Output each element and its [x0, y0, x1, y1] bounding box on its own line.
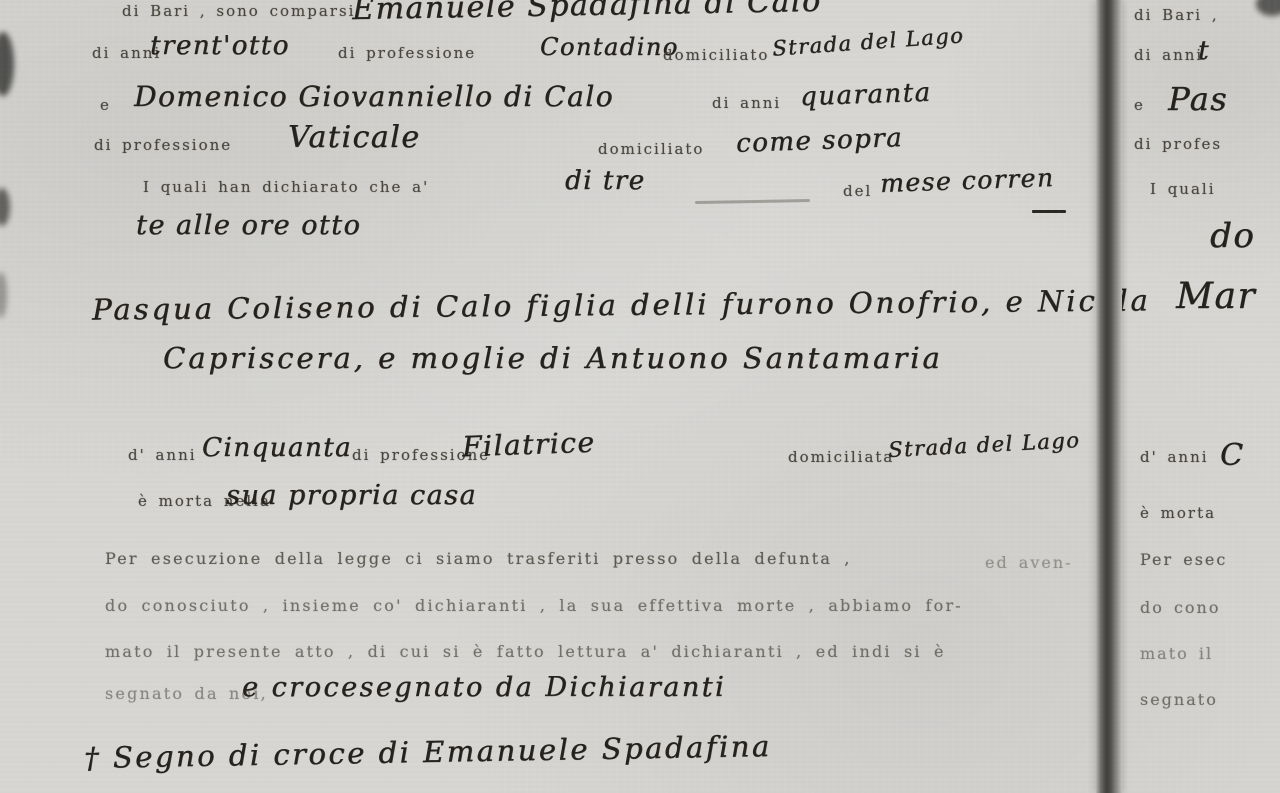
blank-dash-line — [695, 199, 810, 204]
hw-deceased-name-line2: Capriscera, e moglie di Antuono Santamar… — [163, 341, 943, 375]
right-printed-do-cono: do cono — [1140, 598, 1221, 617]
hw-cross-signature-line: † Segno di croce di Emanuele Spadafina — [84, 729, 772, 775]
right-hw-fragment-2: Mar — [1176, 276, 1256, 317]
hw-domicile-declarant2: come sopra — [736, 123, 904, 159]
hw-domicile-declarant1: Strada del Lago — [771, 23, 965, 60]
printed-formula-line1: Per esecuzione della legge ci siamo tras… — [105, 549, 852, 568]
hw-domicile-deceased: Strada del Lago — [888, 428, 1081, 462]
hw-deceased-name-line1: Pasqua Coliseno di Calo figlia delli fur… — [92, 283, 1151, 326]
hw-crocesegnato: e crocesegnato da Dichiaranti — [242, 672, 726, 703]
scanned-death-record-page: { "colors": { "paper": "#d7d6d3", "print… — [0, 0, 1280, 793]
top-right-corner-smudge — [1256, 0, 1280, 16]
hw-profession-declarant1: Contadino — [540, 33, 679, 61]
right-printed-segnato: segnato — [1140, 690, 1218, 709]
hw-profession-declarant2: Vaticale — [288, 120, 420, 155]
printed-dichiarato: I quali han dichiarato che a' — [143, 178, 429, 196]
right-hw-fragment-1: do — [1210, 216, 1255, 256]
right-printed-di-bari: di Bari , — [1134, 6, 1219, 24]
hw-age-declarant1: trent'otto — [150, 31, 290, 61]
hw-declarant2-name: Domenico Giovanniello di Calo — [134, 80, 614, 113]
right-printed-mato-il: mato il — [1140, 644, 1213, 663]
printed-d-anni: d' anni — [128, 446, 197, 464]
hw-hour: te alle ore otto — [136, 210, 361, 241]
right-hw-age-start: t — [1198, 36, 1210, 66]
hw-declarant1-name: Emanuele Spadafina di Calo — [352, 0, 822, 27]
printed-domiciliata: domiciliata — [788, 448, 894, 466]
printed-formula-line3: mato il presente atto , di cui si è fatt… — [105, 642, 946, 661]
hw-age-declarant2: quaranta — [800, 78, 932, 113]
printed-formula-line2: do conosciuto , insieme co' dichiaranti … — [105, 596, 963, 615]
printed-domiciliato-2: domiciliato — [598, 140, 704, 158]
left-edge-ink-smudge-2 — [0, 188, 10, 226]
hw-profession-deceased: Filatrice — [461, 426, 595, 464]
left-edge-ink-smudge-3 — [0, 272, 7, 318]
printed-del: del — [843, 182, 872, 200]
right-hw-name-start: Pas — [1168, 80, 1228, 118]
printed-domiciliato-1: domiciliato — [663, 46, 769, 64]
right-printed-d-anni: d' anni — [1140, 448, 1209, 466]
right-printed-per-esec: Per esec — [1140, 550, 1227, 569]
printed-formula-line1-faint: ed aven- — [985, 553, 1073, 572]
left-edge-ink-smudge-1 — [0, 32, 14, 96]
right-printed-di-profes: di profes — [1134, 135, 1222, 153]
printed-e: e — [100, 96, 111, 114]
hw-age-deceased: Cinquanta — [202, 433, 352, 463]
right-hw-age2-start: C — [1220, 438, 1244, 473]
hyphen-underline-mark — [1032, 210, 1066, 213]
printed-di-professione-1: di professione — [338, 44, 476, 62]
right-printed-e-morta: è morta — [1140, 504, 1216, 522]
hw-place-of-death: sua propria casa — [226, 480, 477, 511]
hw-month: mese corren — [880, 163, 1055, 198]
printed-comparsi: di Bari , sono comparsi — [122, 2, 355, 20]
right-printed-i-quali: I quali — [1150, 180, 1216, 198]
printed-di-professione-2: di professione — [94, 136, 232, 154]
right-printed-di-anni: di anni — [1134, 46, 1203, 64]
hw-day: di tre — [565, 166, 646, 196]
right-printed-e: e — [1134, 96, 1145, 114]
printed-di-anni-2: di anni — [712, 94, 781, 112]
page-binding-gutter — [1096, 0, 1122, 793]
